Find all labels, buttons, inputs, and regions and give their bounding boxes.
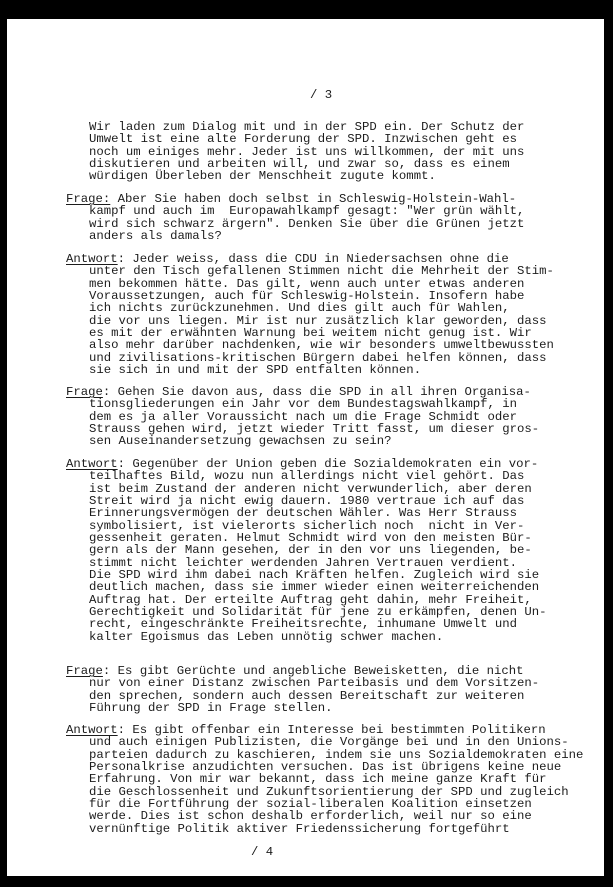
text-line: nur von einer Distanz zwischen Parteibas… [7,677,604,689]
scanned-page: / 3 Wir laden zum Dialog mit und in der … [7,19,604,876]
text-line: kalter Egoismus das Leben unnötig schwer… [7,631,604,643]
text-line: also mehr darüber nachdenken, wie wir be… [7,339,604,351]
text-line: unter den Tisch gefallenen Stimmen nicht… [7,265,604,277]
intro-paragraph: Wir laden zum Dialog mit und in der SPD … [7,121,604,183]
text-line: kampf und auch im Europawahlkampf gesagt… [7,205,604,217]
question-paragraph: Frage: Gehen Sie davon aus, dass die SPD… [7,386,604,448]
question-paragraph: Frage: Es gibt Gerüchte und angebliche B… [7,665,604,714]
text-line: sen Auseinandersetzung gewachsen zu sein… [7,435,604,447]
text-line: würdigen Überleben der Menschheit zugute… [7,170,604,182]
answer-paragraph: Antwort: Gegenüber der Union geben die S… [7,458,604,643]
text-line: Führung der SPD in Frage stellen. [7,702,604,714]
text-line: teilhaftes Bild, wozu nun allerdings nic… [7,470,604,482]
page-marker-top: / 3 [310,89,332,101]
text-line: ich nichts zurückzunehmen. Und dies gilt… [7,302,604,314]
page-marker-bottom: / 4 [251,846,273,858]
answer-paragraph: Antwort: Es gibt offenbar ein Interesse … [7,724,604,835]
text-line: Umwelt ist eine alte Forderung der SPD. … [7,133,604,145]
question-paragraph: Frage: Aber Sie haben doch selbst in Sch… [7,193,604,242]
text-line: Erfahrung. Von mir war bekannt, dass ich… [7,773,604,785]
text-line: recht, eingeschränkte Freiheitsrechte, i… [7,618,604,630]
text-line: tionsgliederungen ein Jahr vor dem Bunde… [7,398,604,410]
text-line: gern als der Mann gesehen, der in den vo… [7,544,604,556]
text-line: und auch einigen Publizisten, die Vorgän… [7,736,604,748]
text-line: deutlich machen, dass sie immer wieder e… [7,581,604,593]
answer-paragraph: Antwort: Jeder weiss, dass die CDU in Ni… [7,253,604,376]
text-line: vernünftige Politik aktiver Friedenssich… [7,823,604,835]
text-line: werde. Dies ist schon deshalb erforderli… [7,810,604,822]
text-line: sie sich in und mit der SPD entfalten kö… [7,364,604,376]
text-line: Erinnerungsvermögen der deutschen Wähler… [7,507,604,519]
text-line: anders als damals? [7,230,604,242]
